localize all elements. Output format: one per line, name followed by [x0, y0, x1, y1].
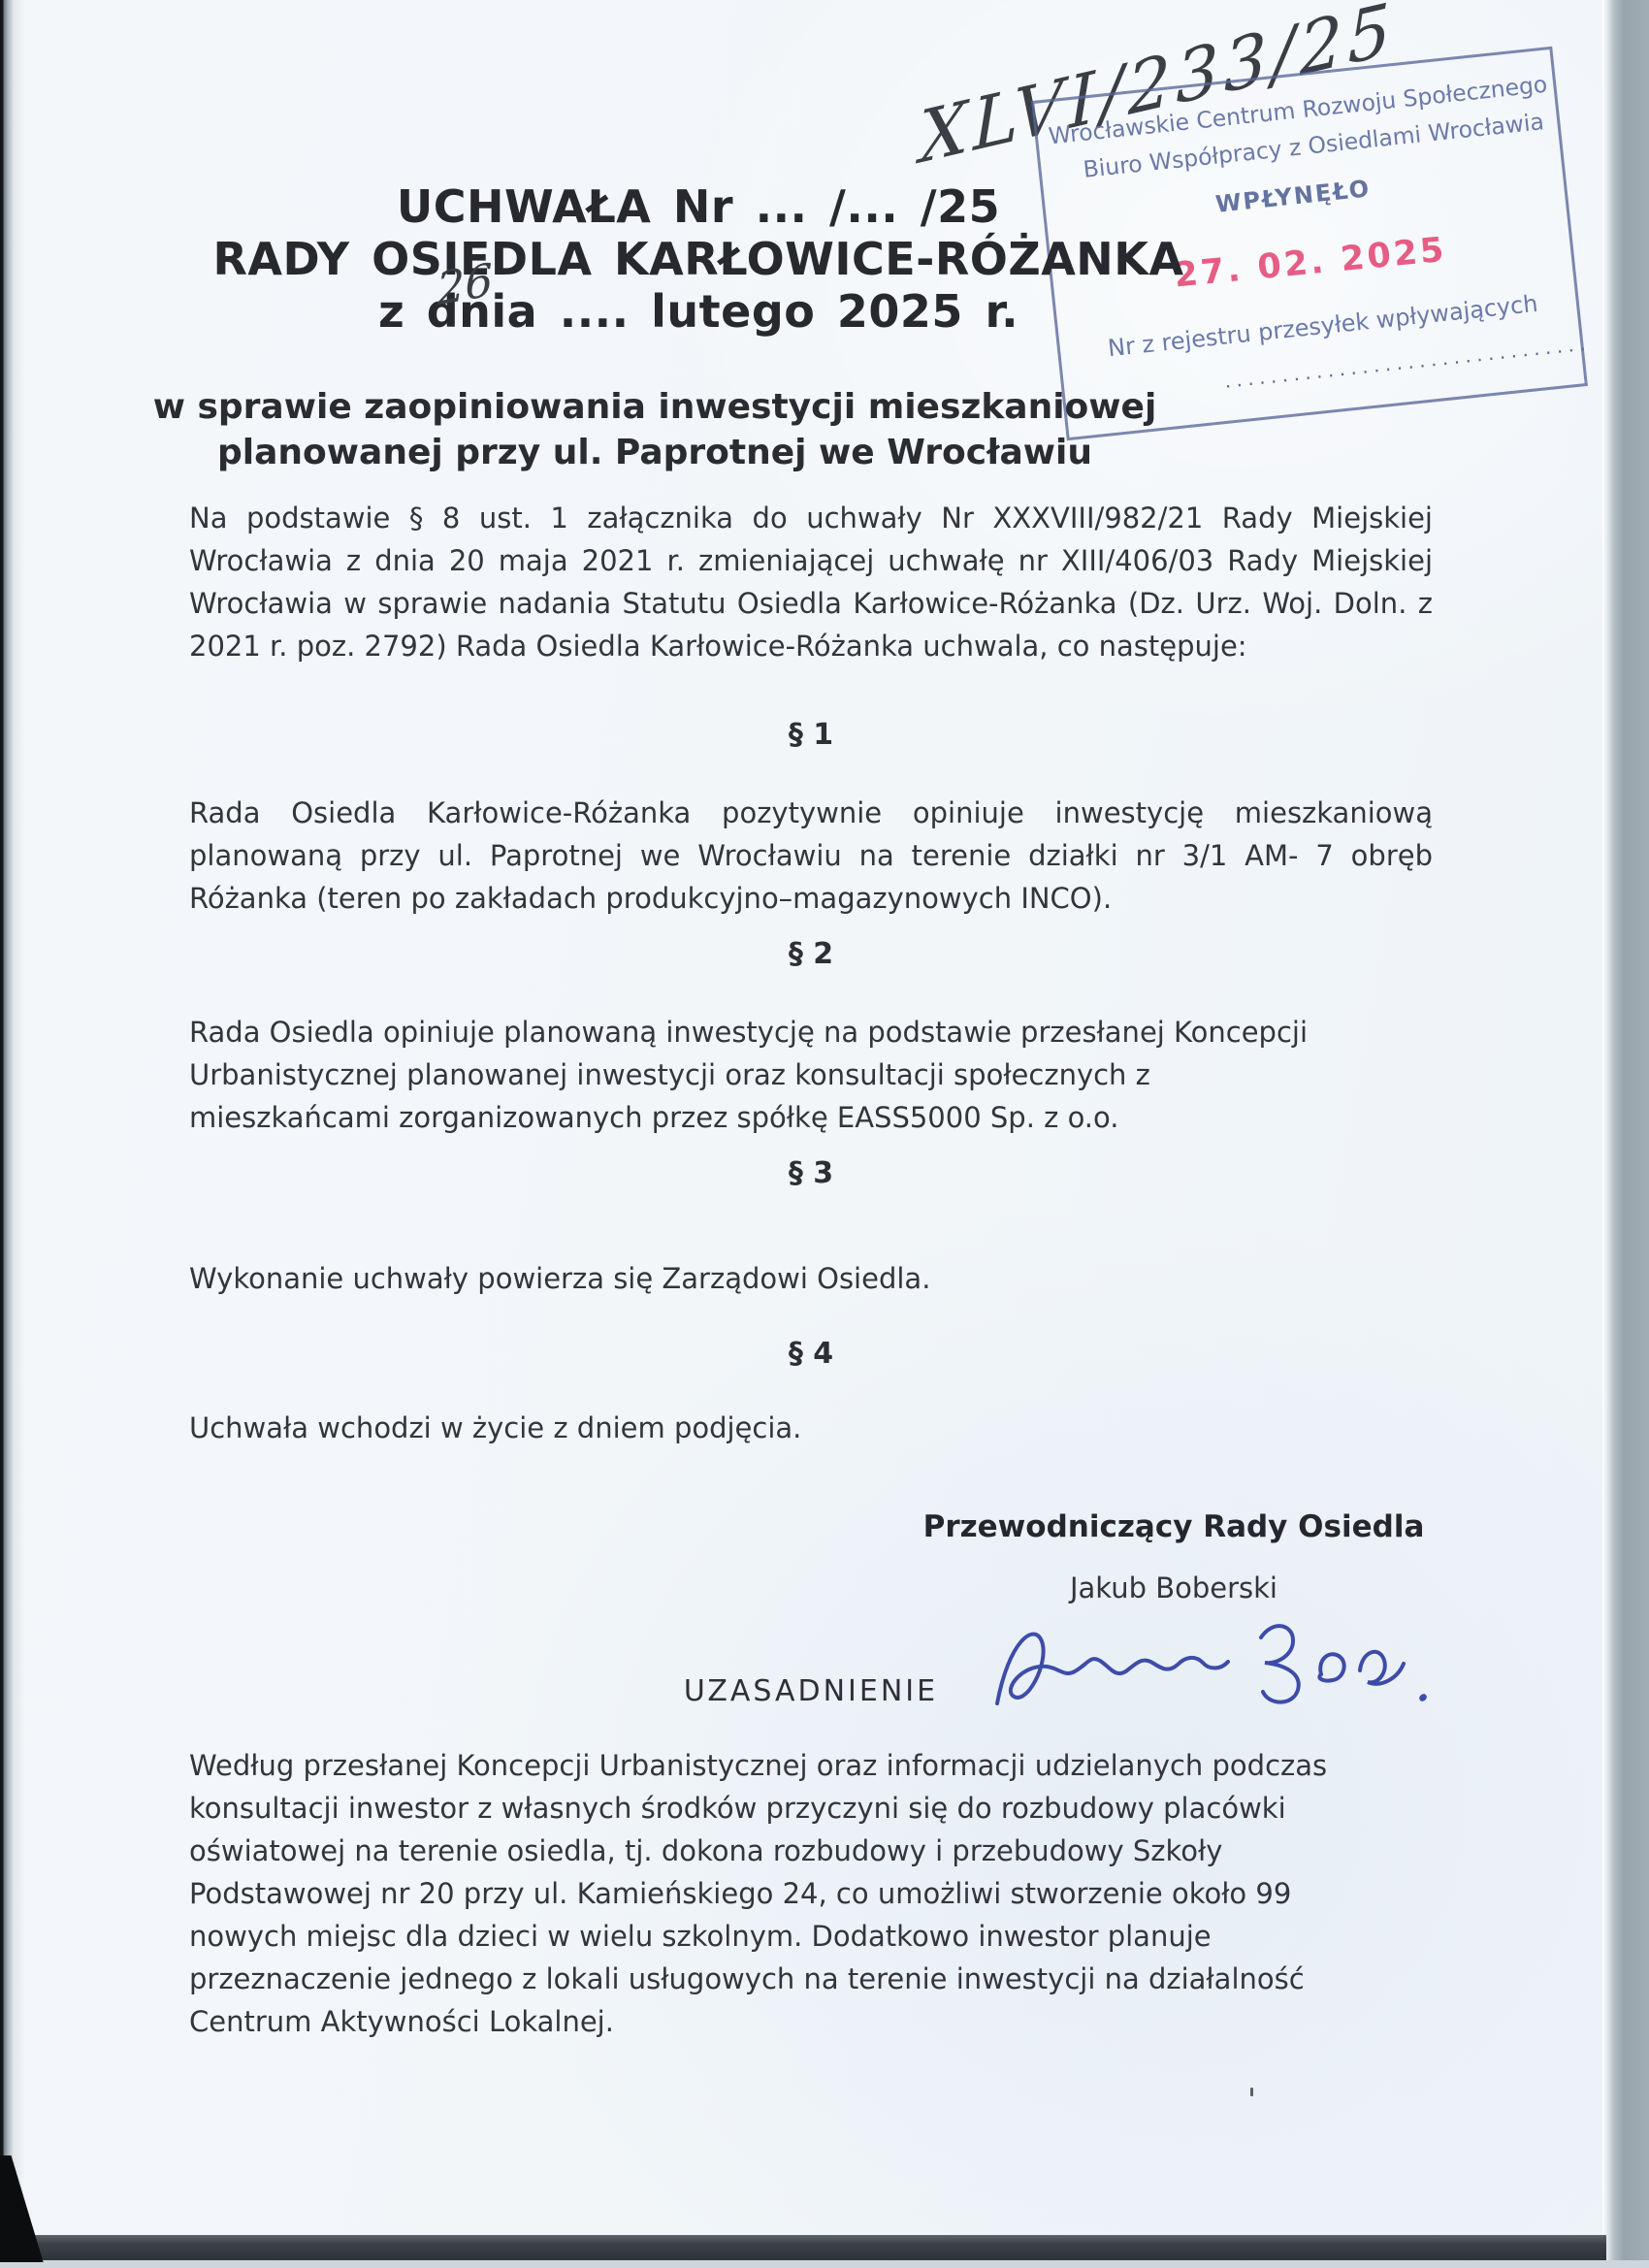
- section-4-heading: § 4: [189, 1337, 1433, 1371]
- title-date-suffix: lutego 2025 r.: [651, 285, 1018, 338]
- subject-line1: w sprawie zaopiniowania inwestycji miesz…: [145, 384, 1164, 430]
- title-line3: z dnia .... lutego 2025 r.: [189, 285, 1208, 338]
- scan-edge-left: [0, 0, 25, 2268]
- scan-speck: [1250, 2088, 1253, 2096]
- section-3-text: Wykonanie uchwały powierza się Zarządowi…: [189, 1257, 1433, 1300]
- section-1-heading: § 1: [189, 718, 1433, 752]
- subject-line2: planowanej przy ul. Paprotnej we Wrocław…: [145, 430, 1164, 475]
- scan-edge-bottom-light: [0, 2260, 1649, 2268]
- section-4-text: Uchwała wchodzi w życie z dniem podjęcia…: [189, 1407, 1433, 1449]
- justification-paragraph: Według przesłanej Koncepcji Urbanistyczn…: [189, 1744, 1433, 2043]
- section-3-heading: § 3: [189, 1156, 1433, 1190]
- title-block: UCHWAŁA Nr ... /... /25 RADY OSIEDLA KAR…: [189, 180, 1208, 338]
- section-2-heading: § 2: [189, 937, 1433, 971]
- scanned-page: XLVI/233/25 Wrocławskie Centrum Rozwoju …: [0, 0, 1649, 2268]
- section-1-text: Rada Osiedla Karłowice-Różanka pozytywni…: [189, 792, 1433, 920]
- title-line2: RADY OSIEDLA KARŁOWICE-RÓŻANKA: [189, 233, 1208, 285]
- subject-block: w sprawie zaopiniowania inwestycji miesz…: [145, 384, 1164, 475]
- title-line1: UCHWAŁA Nr ... /... /25: [189, 180, 1208, 233]
- title-date-dots: ....: [560, 285, 630, 338]
- scan-edge-bottom-dark: [0, 2235, 1606, 2262]
- section-2-text: Rada Osiedla opiniuje planowaną inwestyc…: [189, 1011, 1433, 1139]
- preamble-paragraph: Na podstawie § 8 ust. 1 załącznika do uc…: [189, 497, 1433, 667]
- signature-block: Przewodniczący Rady Osiedla Jakub Bobers…: [873, 1509, 1474, 1604]
- handwritten-signature: [970, 1603, 1455, 1738]
- handwritten-day: 26: [436, 253, 494, 316]
- signatory-title: Przewodniczący Rady Osiedla: [873, 1509, 1474, 1544]
- justification-heading: UZASADNIENIE: [189, 1674, 1433, 1708]
- signatory-name: Jakub Boberski: [873, 1571, 1474, 1604]
- scanner-edge-right: [1602, 0, 1649, 2268]
